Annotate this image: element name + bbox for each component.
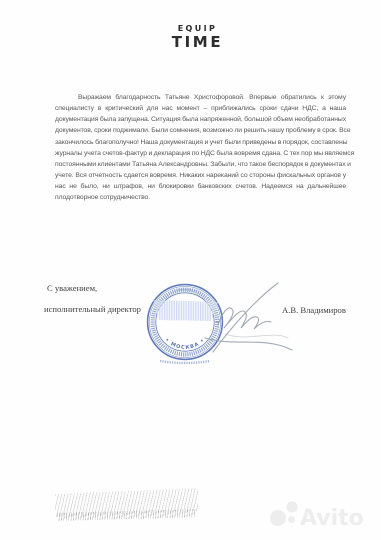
- closing-regards: С уважением,: [47, 283, 97, 293]
- handwritten-signature: [195, 272, 305, 362]
- letter-line: документация была запущена. Ситуация был…: [55, 114, 346, 125]
- avito-watermark-text: Avito: [300, 506, 364, 531]
- letter-line: учете. Вся отчетность сдается вовремя. Н…: [55, 170, 346, 181]
- closing-position: исполнительный директор: [44, 304, 141, 314]
- letter-body: Выражаем благодарность Татьяне Христофор…: [55, 92, 346, 204]
- letter-line: журналы учета счетов-фактур и декларация…: [55, 148, 346, 159]
- avito-logo-small-bubble-icon: [286, 501, 297, 512]
- logo-top-text: EQUIP: [14, 24, 381, 33]
- letter-line: документов, сроки поджимали. Были сомнен…: [55, 125, 346, 136]
- letter-line: специалисту в критический для нас момент…: [55, 103, 346, 114]
- avito-watermark: Avito: [263, 496, 379, 538]
- letter-page: EQUIP TIME Выражаем благодарность Татьян…: [0, 0, 381, 540]
- letter-line: закончилось благополучно! Наша документа…: [55, 137, 346, 148]
- letter-line: постоянными клиентами Татьяна Александро…: [55, 159, 346, 170]
- avito-logo-tiny-bubble-icon: [288, 516, 295, 523]
- company-logo: EQUIP TIME: [0, 24, 381, 51]
- avito-logo-big-bubble-icon: [270, 510, 286, 526]
- letter-line: нас не было, ни штрафов, ни блокировки б…: [55, 181, 346, 192]
- logo-bottom-text: TIME: [14, 33, 381, 51]
- letter-line: плодотворное сотрудничество.: [55, 192, 346, 203]
- letter-line: Выражаем благодарность Татьяне Христофор…: [55, 92, 346, 103]
